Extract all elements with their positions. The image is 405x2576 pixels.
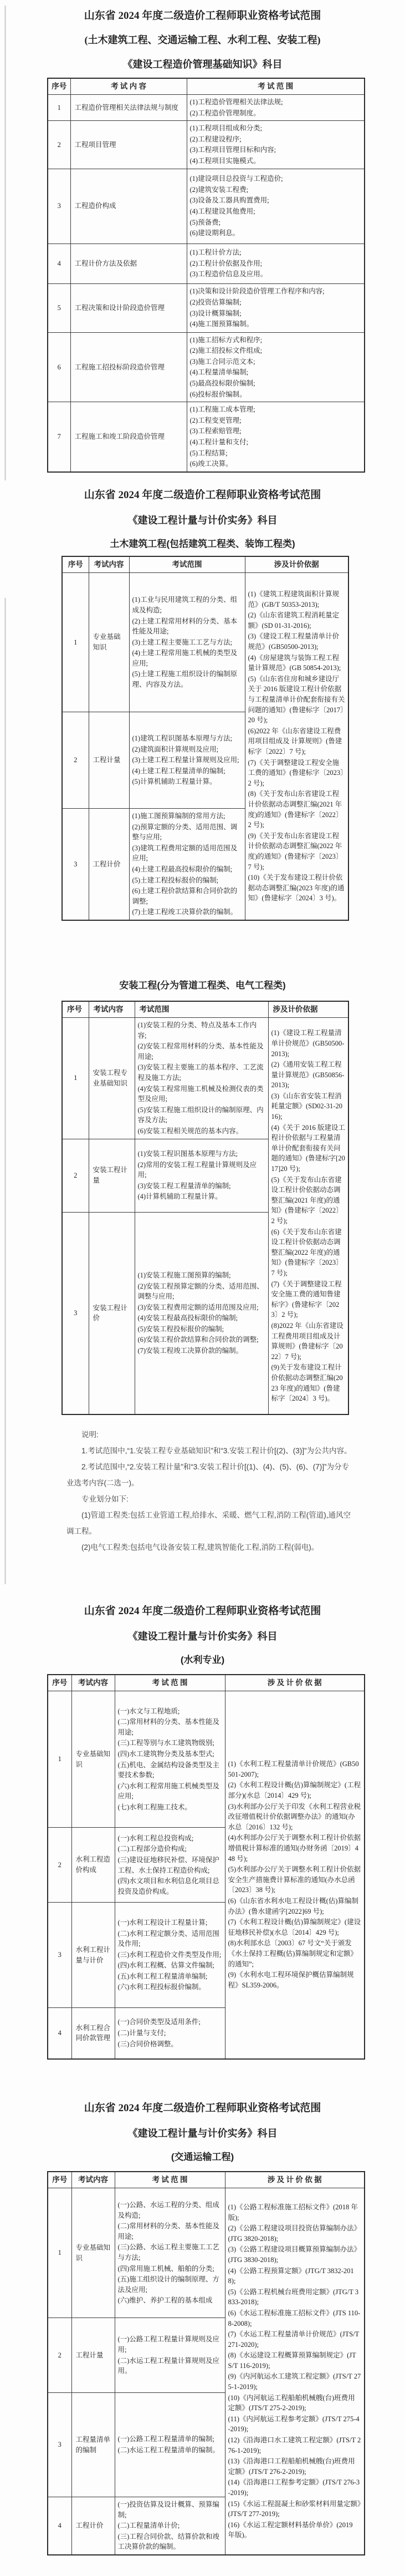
column-header: 考试范围: [135, 1001, 268, 1018]
exam-scope-cell: (1)工业与民用建筑工程的分类、组成及构造;(2)土建工程常用材料的分类、基本性…: [129, 573, 245, 712]
note-line: (1)管道工程类:包括工业管道工程,给排水、采暖、燃气工程,消防工程(管道),通…: [66, 1507, 356, 1539]
exam-content-cell: 工程施工和竣工阶段造价管理: [70, 402, 187, 472]
exam-scope-cell: (一)公路、水运工程的分类、组成及构造;(二)常用材料的分类、基本性能及用途;(…: [115, 2188, 225, 2318]
table-row: 1专业基础知识(1)工业与民用建筑工程的分类、组成及构造;(2)土建工程常用材料…: [62, 573, 348, 712]
column-header: 考 试 范 围: [115, 2172, 225, 2188]
row-number-cell: 4: [48, 244, 70, 283]
row-number-cell: 1: [48, 95, 70, 121]
exam-content-cell: 安装工程计量: [89, 1139, 135, 1212]
exam-scope-cell: (一)投资估算及设计概算、预算编制;(二)工程量清单计价;(三)工程合同价款、结…: [115, 2497, 225, 2555]
subject-title-basic: 《建设工程造价管理基础知识》科目: [20, 57, 385, 72]
exam-table-install: 序号考试内容考试范围涉及计价依据 1安装工程专业基础知识(1)安装工程的分类、特…: [61, 1001, 349, 1415]
doc-title: 山东省 2024 年度二级造价工程师职业资格考试范围: [20, 1603, 385, 1620]
exam-scope-cell: (一)水利工程总投资构成;(二)工程部分造价构成;(三)建设征地移民补偿、环境保…: [115, 1828, 225, 1903]
exam-content-cell: 安装工程专业基础知识: [89, 1018, 135, 1139]
exam-content-cell: 工程造价构成: [70, 169, 187, 244]
table-row: 7工程施工和竣工阶段造价管理(1)工程施工成本管理;(2)工程变更管理;(3)工…: [48, 402, 365, 472]
exam-scope-cell: (1)安装工程识图基本原理与方法;(2)常用的安装工程工程量计算规则及应用;(3…: [135, 1139, 268, 1212]
exam-scope-cell: (一)公路工程工程量计算规则及应用;(二)水运工程工程量计算规则及应用。: [115, 2318, 225, 2393]
table-row: 1安装工程专业基础知识(1)安装工程的分类、特点及基本工作内容;(2)安装工程常…: [62, 1018, 348, 1139]
row-number-cell: 3: [48, 169, 70, 244]
exam-content-cell: 专业基础知识: [89, 573, 129, 712]
exam-content-cell: 安装工程计价: [89, 1212, 135, 1414]
column-header: 考 试 范 围: [187, 78, 365, 95]
column-header: 考 试 内 容: [70, 78, 187, 95]
row-number-cell: 2: [62, 712, 89, 809]
row-number-cell: 1: [48, 2188, 71, 2318]
exam-content-cell: 工程计量: [89, 712, 129, 809]
pricing-basis-cell: (1)《建筑工程建筑面积计算规范》(GB/T 50353-2013);(2)《山…: [245, 573, 348, 920]
pricing-basis-cell: (1)《水利工程工程量清单计价规范》(GB50501-2007);(2)《水利工…: [225, 1691, 365, 2059]
note-line: 2.考试范围中,“2.安装工程计量”和“3.安装工程计价[(1)、(4)、(5)…: [66, 1459, 356, 1491]
table-row: 5工程决策和设计阶段造价管理(1)决策和设计阶段造价管理工作程序和内容;(2)投…: [48, 283, 365, 332]
section-transport: 山东省 2024 年度二级造价工程师职业资格考试范围 《建设工程计量与计价实务》…: [0, 2100, 405, 2555]
exam-content-cell: 水利工程合同价款管理: [71, 2008, 115, 2059]
column-header: 涉 及 计 价 依 据: [225, 2172, 365, 2188]
doc-title-majors: (土木建筑工程、交通运输工程、水利工程、安装工程): [20, 32, 385, 48]
table-row: 1工程造价管理相关法律法规与制度(1)工程造价管理相关法律法规;(2)工程造价管…: [48, 95, 365, 121]
note-line: 专业划分如下:: [66, 1491, 356, 1507]
row-number-cell: 7: [48, 402, 70, 472]
notes-block: 说明: 1.考试范围中,“1.安装工程专业基础知识”和“3.安装工程计价[(2)…: [66, 1427, 356, 1555]
exam-scope-cell: (1)安装工程施工图预算的编制;(2)安装工程预算定额的分类、适用范围、调整与应…: [135, 1212, 268, 1414]
exam-scope-cell: (1)建筑工程识图基本原理与方法;(2)建筑面积计算规则及应用;(3)土建工程工…: [129, 712, 245, 809]
exam-content-cell: 工程项目管理: [70, 121, 187, 169]
specialty-title-civil: 土木建筑工程(包括建筑工程类、装饰工程类): [20, 537, 385, 551]
exam-scope-cell: (一)水文与工程地质;(二)常用材料的分类、基本性能及用途;(三)工程等别与水工…: [115, 1691, 225, 1828]
column-header: 考 试 范 围: [115, 1675, 225, 1691]
column-header: 序号: [48, 1675, 71, 1691]
exam-scope-cell: (一)合同价类型及适用条件;(二)计量与支付;(三)合同价格调整。: [115, 2008, 225, 2059]
column-header: 序号: [62, 1001, 89, 1018]
table-row: 1专业基础知识(一)公路、水运工程的分类、组成及构造;(二)常用材料的分类、基本…: [48, 2188, 365, 2318]
doc-title: 山东省 2024 年度二级造价工程师职业资格考试范围: [20, 8, 385, 24]
row-number-cell: 2: [48, 121, 70, 169]
exam-table-basic: 序号考 试 内 容考 试 范 围 1工程造价管理相关法律法规与制度(1)工程造价…: [47, 78, 365, 473]
table-row: 6工程施工招投标阶段造价管理(1)施工招标方式和程序;(2)施工招投标文件组成;…: [48, 332, 365, 402]
subject-title-practice: 《建设工程计量与计价实务》科目: [20, 2126, 385, 2141]
exam-scope-cell: (1)工程计价方法;(2)工程计价依据及作用;(3)工程造价信息及应用。: [187, 244, 365, 283]
row-number-cell: 3: [62, 1212, 89, 1414]
subject-title-practice: 《建设工程计量与计价实务》科目: [20, 1629, 385, 1644]
note-line: 1.考试范围中,“1.安装工程专业基础知识”和“3.安装工程计价[(2)、(3)…: [66, 1443, 356, 1459]
exam-content-cell: 工程量清单的编制: [71, 2393, 115, 2497]
exam-scope-cell: (1)决策和设计阶段造价管理工作程序和内容;(2)投资估算编制;(3)设计概算编…: [187, 283, 365, 332]
exam-content-cell: 水利工程造价构成: [71, 1828, 115, 1903]
table-row: 2工程项目管理(1)工程项目组成和分类;(2)工程建设程序;(3)工程项目管理目…: [48, 121, 365, 169]
exam-scope-cell: (1)施工图预算编制的常用方法;(2)预算定额的分类、适用范围、调整与应用;(3…: [129, 809, 245, 920]
column-header: 序号: [62, 556, 89, 573]
pricing-basis-cell: (1)《公路工程标准施工招标文件》(2018 年版);(2)《公路工程建设项目投…: [225, 2188, 365, 2555]
row-number-cell: 4: [48, 2497, 71, 2555]
column-header: 考试内容: [71, 1675, 115, 1691]
exam-scope-cell: (1)建设项目总投资与工程造价;(2)建筑安装工程费;(3)设备及工器具购置费用…: [187, 169, 365, 244]
column-header: 考试内容: [89, 1001, 135, 1018]
row-number-cell: 6: [48, 332, 70, 402]
column-header: 序号: [48, 2172, 71, 2188]
section-water: 山东省 2024 年度二级造价工程师职业资格考试范围 《建设工程计量与计价实务》…: [0, 1603, 405, 2060]
row-number-cell: 4: [48, 2008, 71, 2059]
exam-table-civil: 序号考试内容考试范围涉及计价依据 1专业基础知识(1)工业与民用建筑工程的分类、…: [61, 556, 349, 921]
row-number-cell: 5: [48, 283, 70, 332]
notes-lines: 1.考试范围中,“1.安装工程专业基础知识”和“3.安装工程计价[(2)、(3)…: [66, 1443, 356, 1555]
table-header-row: 序号考试内容考试范围涉及计价依据: [62, 1001, 348, 1018]
column-header: 考试内容: [71, 2172, 115, 2188]
exam-scope-cell: (1)工程施工成本管理;(2)工程变更管理;(3)工程索赔管理;(4)工程计量和…: [187, 402, 365, 472]
exam-content-cell: 水利工程计量与计价: [71, 1903, 115, 2008]
exam-content-cell: 工程计量: [71, 2318, 115, 2393]
doc-title: 山东省 2024 年度二级造价工程师职业资格考试范围: [20, 487, 385, 504]
section-civil: 山东省 2024 年度二级造价工程师职业资格考试范围 《建设工程计量与计价实务》…: [0, 487, 405, 921]
exam-scope-cell: (1)工程造价管理相关法律法规;(2)工程造价管理制度。: [187, 95, 365, 121]
row-number-cell: 2: [48, 1828, 71, 1903]
exam-scope-cell: (1)安装工程的分类、特点及基本工作内容;(2)安装工程常用材料的分类、基本性能…: [135, 1018, 268, 1139]
exam-table-water: 序号考试内容考 试 范 围涉 及 计 价 依 据 1专业基础知识(一)水文与工程…: [47, 1674, 365, 2060]
table-header-row: 序号考试内容考 试 范 围涉 及 计 价 依 据: [48, 1675, 365, 1691]
exam-content-cell: 工程计价: [71, 2497, 115, 2555]
section-install: 安装工程(分为管道工程类、电气工程类) 序号考试内容考试范围涉及计价依据 1安装…: [0, 970, 405, 1415]
exam-content-cell: 工程计价方法及依据: [70, 244, 187, 283]
row-number-cell: 3: [48, 2393, 71, 2497]
exam-content-cell: 工程计价: [89, 809, 129, 920]
exam-scope-cell: (1)施工招标方式和程序;(2)施工招投标文件组成;(3)施工合同示范文本;(4…: [187, 332, 365, 402]
row-number-cell: 1: [48, 1691, 71, 1828]
column-header: 涉 及 计 价 依 据: [225, 1675, 365, 1691]
row-number-cell: 2: [48, 2318, 71, 2393]
doc-title: 山东省 2024 年度二级造价工程师职业资格考试范围: [20, 2100, 385, 2117]
exam-scope-cell: (一)水利工程设计工程量计算;(二)水利工程定额分类、适用范围及作用;(三)水利…: [115, 1903, 225, 2008]
row-number-cell: 2: [62, 1139, 89, 1212]
row-number-cell: 3: [48, 1903, 71, 2008]
table-row: 4工程计价方法及依据(1)工程计价方法;(2)工程计价依据及作用;(3)工程造价…: [48, 244, 365, 283]
table-header-row: 序号考 试 内 容考 试 范 围: [48, 78, 365, 95]
note-line: (2)电气工程类:包括电气设备安装工程,建筑智能化工程,消防工程(弱电)。: [66, 1539, 356, 1555]
column-header: 涉及计价依据: [245, 556, 348, 573]
table-row: 1专业基础知识(一)水文与工程地质;(二)常用材料的分类、基本性能及用途;(三)…: [48, 1691, 365, 1828]
row-number-cell: 1: [62, 573, 89, 712]
column-header: 序号: [48, 78, 70, 95]
section-basic-knowledge: 山东省 2024 年度二级造价工程师职业资格考试范围 (土木建筑工程、交通运输工…: [0, 8, 405, 473]
exam-scope-cell: (1)工程项目组成和分类;(2)工程建设程序;(3)工程项目管理目标和内容;(4…: [187, 121, 365, 169]
column-header: 考试范围: [129, 556, 245, 573]
exam-content-cell: 工程施工招投标阶段造价管理: [70, 332, 187, 402]
exam-scope-cell: (一)公路工程工程量清单的编制;(二)水运工程工程量清单的编制。: [115, 2393, 225, 2497]
specialty-title-transport: (交通运输工程): [20, 2150, 385, 2164]
table-row: 3工程造价构成(1)建设项目总投资与工程造价;(2)建筑安装工程费;(3)设备及…: [48, 169, 365, 244]
pricing-basis-cell: (1)《建设工程工程量清单计价规范》(GB50500-2013);(2)《通用安…: [268, 1018, 348, 1415]
subject-title-practice: 《建设工程计量与计价实务》科目: [20, 513, 385, 528]
exam-content-cell: 专业基础知识: [71, 2188, 115, 2318]
column-header: 涉及计价依据: [268, 1001, 348, 1018]
exam-content-cell: 工程造价管理相关法律法规与制度: [70, 95, 187, 121]
notes-label: 说明:: [66, 1427, 356, 1443]
column-header: 考试内容: [89, 556, 129, 573]
exam-content-cell: 专业基础知识: [71, 1691, 115, 1828]
scanned-document-page: { "section_basic": { "title1": "山东省 2024…: [0, 0, 405, 2576]
exam-content-cell: 工程决策和设计阶段造价管理: [70, 283, 187, 332]
table-header-row: 序号考试内容考 试 范 围涉 及 计 价 依 据: [48, 2172, 365, 2188]
specialty-title-install: 安装工程(分为管道工程类、电气工程类): [20, 978, 385, 993]
table-header-row: 序号考试内容考试范围涉及计价依据: [62, 556, 348, 573]
row-number-cell: 3: [62, 809, 89, 920]
exam-table-transport: 序号考试内容考 试 范 围涉 及 计 价 依 据 1专业基础知识(一)公路、水运…: [47, 2171, 365, 2555]
row-number-cell: 1: [62, 1018, 89, 1139]
specialty-title-water: (水利专业): [20, 1653, 385, 1667]
